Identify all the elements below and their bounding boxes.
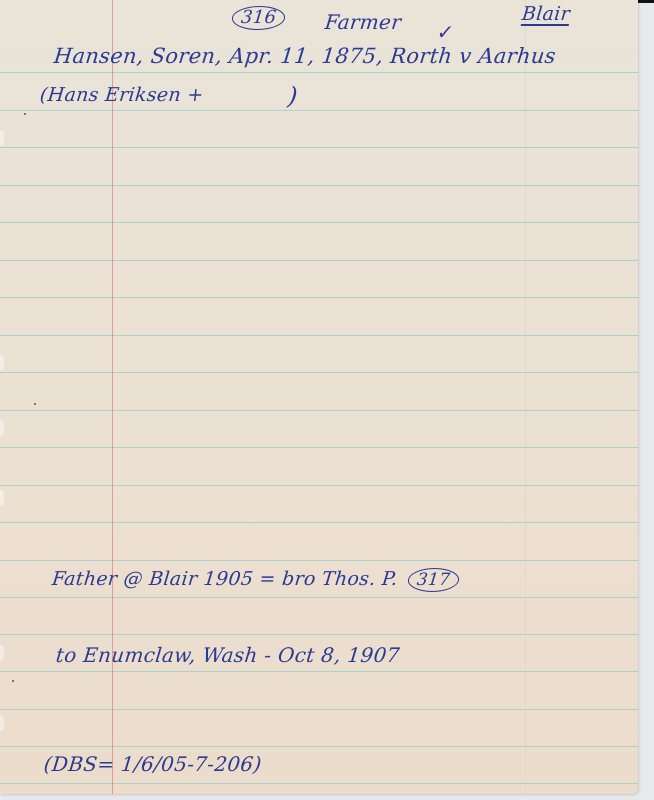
binder-hole xyxy=(0,355,4,371)
binder-hole xyxy=(0,420,4,436)
fold-line xyxy=(525,0,526,794)
binder-hole xyxy=(0,645,4,661)
birth-date: Apr. 11, 1875, xyxy=(228,44,385,68)
ruled-line xyxy=(0,185,638,186)
cross-ref-circle: 317 xyxy=(407,568,461,592)
record-number: 316 xyxy=(231,6,287,30)
paper-speck xyxy=(12,680,14,682)
ruled-line xyxy=(0,560,638,561)
ruled-line xyxy=(0,709,638,710)
note-father-blair: Father @ Blair 1905 = bro Thos. P. 317 xyxy=(51,568,461,592)
location-blair: Blair xyxy=(521,3,571,25)
occupation: Farmer xyxy=(324,10,403,34)
binder-hole xyxy=(0,490,4,506)
ruled-line xyxy=(0,522,638,523)
binder-hole xyxy=(0,715,4,731)
ruled-line xyxy=(0,222,638,223)
binder-hole xyxy=(0,130,4,146)
parents-open: (Hans Eriksen + xyxy=(39,84,205,106)
note-dbs-reference: (DBS= 1/6/05-7-206) xyxy=(43,752,263,776)
ruled-line xyxy=(0,72,638,73)
red-margin-line xyxy=(112,0,113,794)
ruled-line xyxy=(0,335,638,336)
scanner-edge-strip xyxy=(636,0,654,3)
ruled-line xyxy=(0,783,638,784)
ruled-line xyxy=(0,260,638,261)
ruled-line xyxy=(0,597,638,598)
paper-speck xyxy=(34,403,36,405)
ruled-line xyxy=(0,671,638,672)
check-mark-icon: ✓ xyxy=(436,20,456,44)
note-enumclaw: to Enumclaw, Wash - Oct 8, 1907 xyxy=(55,643,401,667)
ruled-line xyxy=(0,110,638,111)
surname-given: Hansen, Soren, xyxy=(53,44,224,68)
birthplace: Rorth v Aarhus xyxy=(389,44,557,68)
paper-speck xyxy=(24,113,26,115)
ruled-line xyxy=(0,746,638,747)
notebook-page: 316 Farmer ✓ Blair Hansen, Soren, Apr. 1… xyxy=(0,0,638,794)
ruled-line xyxy=(0,410,638,411)
note-1-text: Father @ Blair 1905 = bro Thos. P. xyxy=(51,568,399,590)
ruled-line xyxy=(0,485,638,486)
ruled-line xyxy=(0,634,638,635)
entry-line-1: Hansen, Soren, Apr. 11, 1875, Rorth v Aa… xyxy=(53,44,557,68)
ruled-line xyxy=(0,447,638,448)
parents-close: ) xyxy=(287,82,300,110)
ruled-line xyxy=(0,297,638,298)
occupation-text: Farmer xyxy=(324,10,403,34)
record-number-circle: 316 xyxy=(231,6,287,30)
ruled-line xyxy=(0,372,638,373)
ruled-line xyxy=(0,147,638,148)
